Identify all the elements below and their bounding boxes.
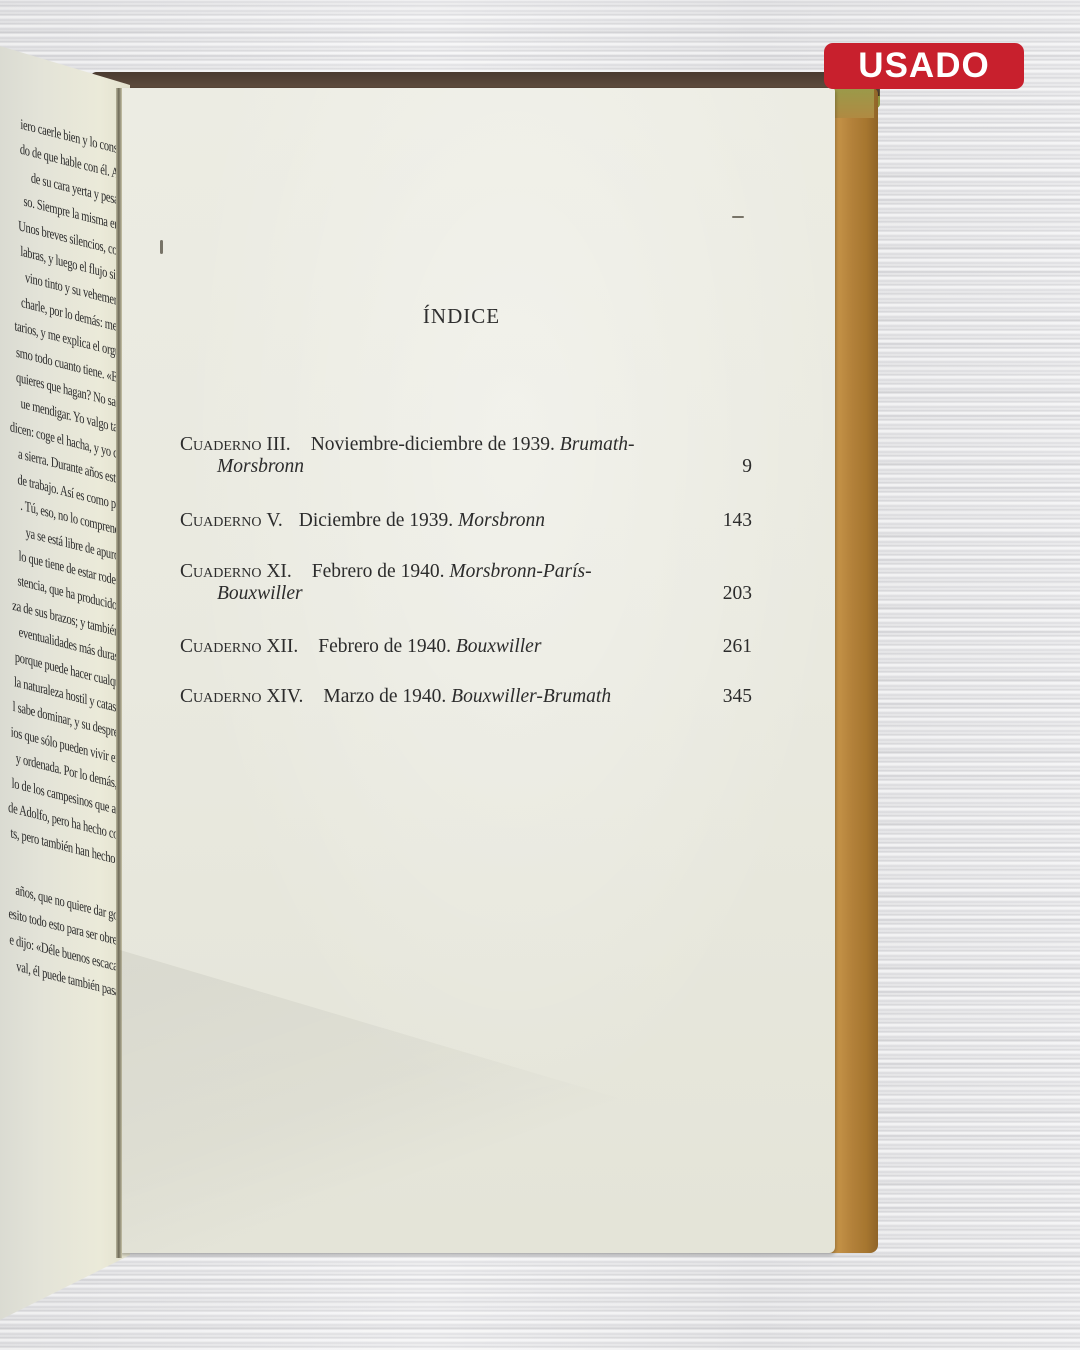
entry-description: Diciembre de 1939. Morsbronn <box>299 510 545 532</box>
toc-entry: Cuaderno V. Diciembre de 1939. Morsbronn… <box>180 510 752 532</box>
left-page-text: iero caerle bien y lo consigo do de que … <box>0 106 130 1009</box>
toc-entry: Cuaderno XII. Febrero de 1940. Bouxwille… <box>180 636 752 658</box>
page-mark <box>732 216 744 218</box>
entry-label: Cuaderno XI. <box>180 561 292 583</box>
entry-page-number: 345 <box>722 686 752 708</box>
entry-label: Cuaderno XIV. <box>180 686 303 708</box>
toc-entry: Cuaderno III. Noviembre-diciembre de 193… <box>180 434 752 478</box>
book-gutter <box>116 88 122 1258</box>
entry-page-number: 9 <box>722 456 752 478</box>
entry-page-number: 203 <box>722 583 752 605</box>
left-page: iero caerle bien y lo consigo do de que … <box>0 40 130 1330</box>
entry-place-continued: Bouxwiller <box>180 583 303 605</box>
right-page <box>120 88 835 1253</box>
used-condition-badge: USADO <box>824 43 1024 89</box>
page-mark <box>160 240 163 254</box>
toc-entry: Cuaderno XI. Febrero de 1940. Morsbronn-… <box>180 561 752 605</box>
entry-label: Cuaderno XII. <box>180 636 298 658</box>
entry-description: Noviembre-diciembre de 1939. Brumath- <box>311 434 635 456</box>
entry-label: Cuaderno V. <box>180 510 283 532</box>
toc-title: ÍNDICE <box>120 304 803 329</box>
entry-label: Cuaderno III. <box>180 434 291 456</box>
entry-page-number: 143 <box>722 510 752 532</box>
entry-page-number: 261 <box>722 636 752 658</box>
entry-description: Febrero de 1940. Bouxwiller <box>318 636 541 658</box>
entry-place-continued: Morsbronn <box>180 456 304 478</box>
toc-entry: Cuaderno XIV. Marzo de 1940. Bouxwiller-… <box>180 686 752 708</box>
entry-description: Febrero de 1940. Morsbronn-París- <box>312 561 592 583</box>
entry-description: Marzo de 1940. Bouxwiller-Brumath <box>323 686 611 708</box>
